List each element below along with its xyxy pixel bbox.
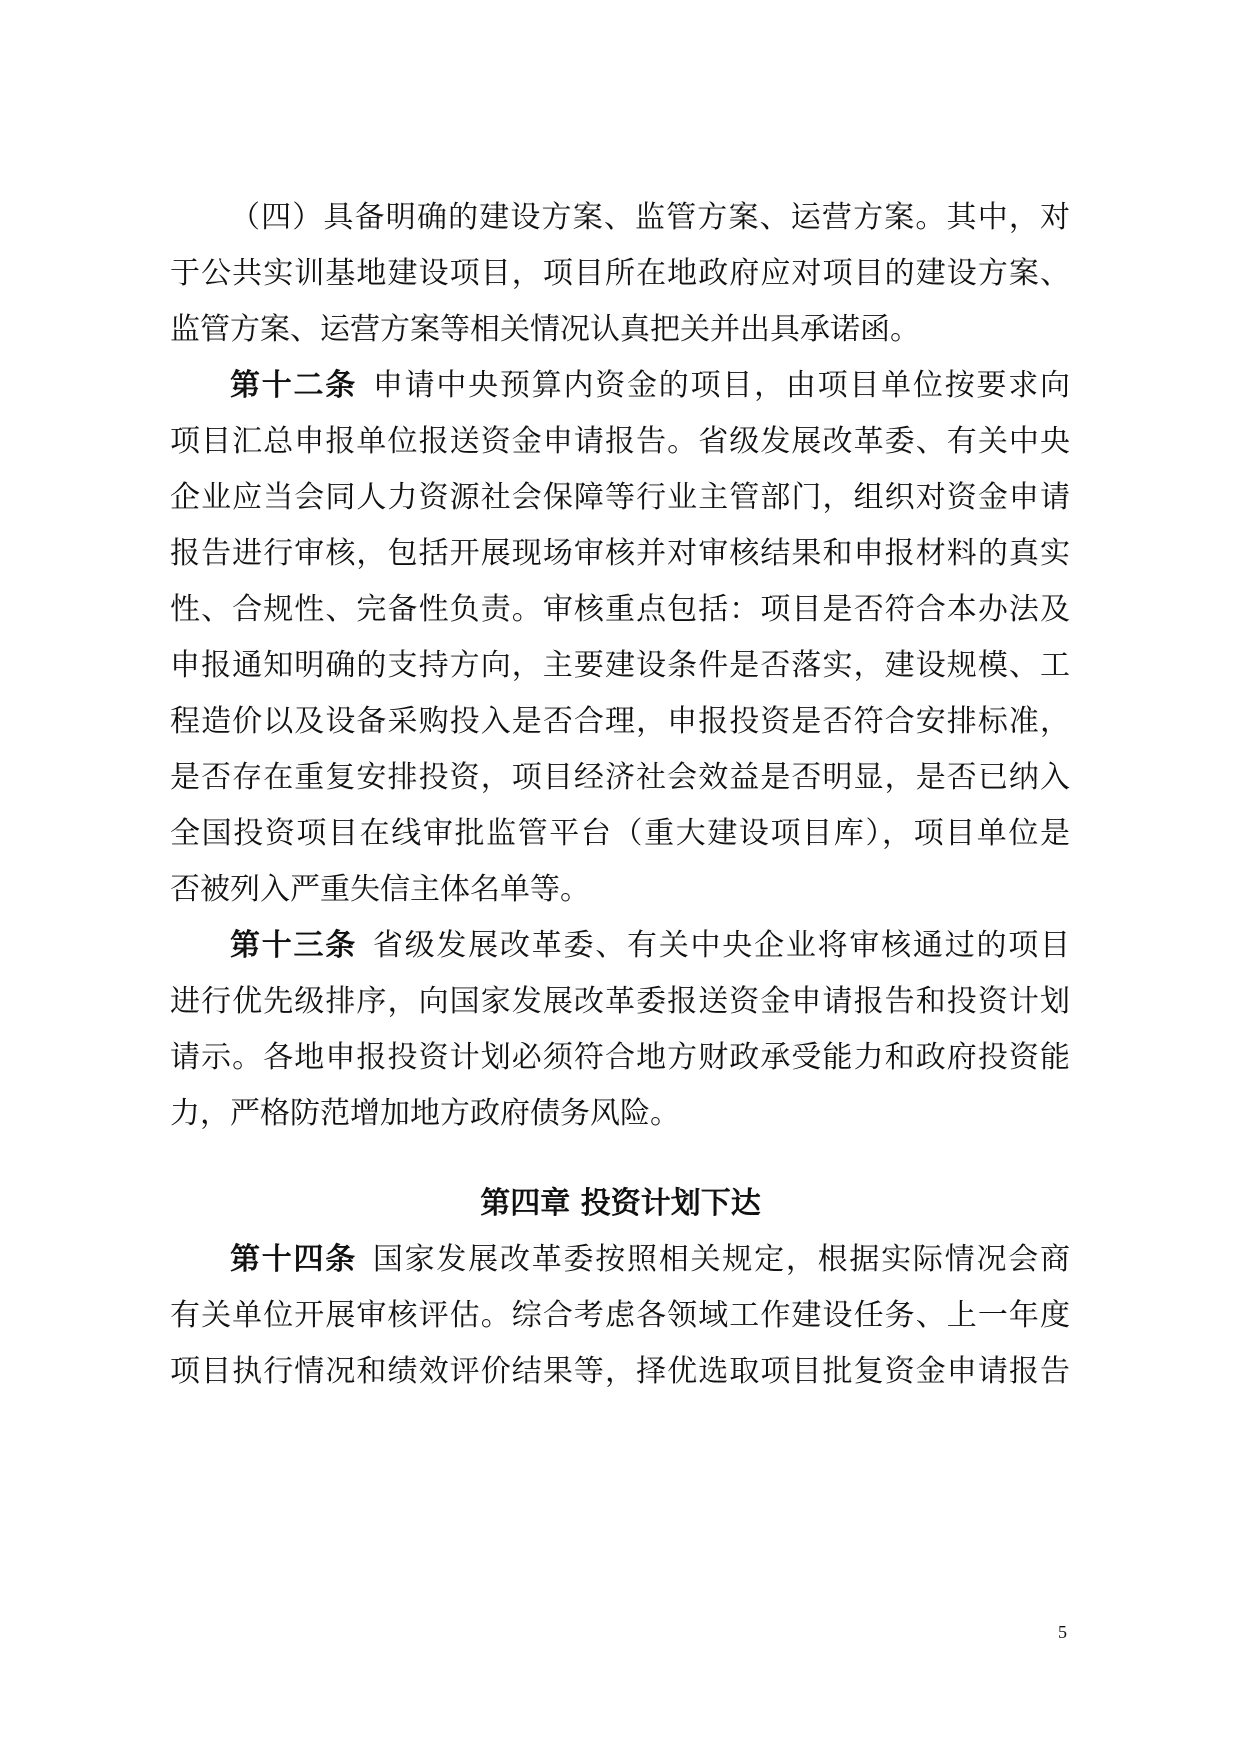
paragraph-line: 于公共实训基地建设项目，项目所在地政府应对项目的建设方案、: [170, 254, 1070, 294]
paragraph-line: 否被列入严重失信主体名单等。: [170, 870, 1070, 910]
page-number: 5: [1058, 1622, 1067, 1643]
article-12-first-line: 第十二条申请中央预算内资金的项目，由项目单位按要求向: [230, 366, 1070, 406]
paragraph-line: 项目执行情况和绩效评价结果等，择优选取项目批复资金申请报告: [170, 1352, 1070, 1392]
paragraph-text: 省级发展改革委、有关中央企业将审核通过的项目: [371, 928, 1070, 963]
paragraph-text: 国家发展改革委按照相关规定，根据实际情况会商: [371, 1242, 1070, 1277]
paragraph-line: 请示。各地申报投资计划必须符合地方财政承受能力和政府投资能: [170, 1038, 1070, 1078]
paragraph-line: 全国投资项目在线审批监管平台（重大建设项目库），项目单位是: [170, 814, 1070, 854]
article-13-first-line: 第十三条省级发展改革委、有关中央企业将审核通过的项目: [230, 926, 1070, 966]
paragraph-text: 申请中央预算内资金的项目，由项目单位按要求向: [371, 368, 1070, 403]
paragraph-line: 程造价以及设备采购投入是否合理，申报投资是否符合安排标准，: [170, 702, 1070, 742]
paragraph-line: （四）具备明确的建设方案、监管方案、运营方案。其中，对: [230, 198, 1070, 238]
paragraph-line: 企业应当会同人力资源社会保障等行业主管部门，组织对资金申请: [170, 478, 1070, 518]
paragraph-line: 性、合规性、完备性负责。审核重点包括：项目是否符合本办法及: [170, 590, 1070, 630]
paragraph-line: 监管方案、运营方案等相关情况认真把关并出具承诺函。: [170, 310, 1070, 350]
article-14-first-line: 第十四条国家发展改革委按照相关规定，根据实际情况会商: [230, 1240, 1070, 1280]
paragraph-line: 进行优先级排序，向国家发展改革委报送资金申请报告和投资计划: [170, 982, 1070, 1022]
article-label: 第十四条: [230, 1242, 357, 1277]
paragraph-line: 项目汇总申报单位报送资金申请报告。省级发展改革委、有关中央: [170, 422, 1070, 462]
paragraph-line: 是否存在重复安排投资，项目经济社会效益是否明显，是否已纳入: [170, 758, 1070, 798]
chapter-heading: 第四章 投资计划下达: [0, 1184, 1241, 1224]
paragraph-line: 报告进行审核，包括开展现场审核并对审核结果和申报材料的真实: [170, 534, 1070, 574]
article-label: 第十二条: [230, 368, 357, 403]
paragraph-line: 力，严格防范增加地方政府债务风险。: [170, 1094, 1070, 1134]
paragraph-line: 有关单位开展审核评估。综合考虑各领域工作建设任务、上一年度: [170, 1296, 1070, 1336]
article-label: 第十三条: [230, 928, 357, 963]
document-page: （四）具备明确的建设方案、监管方案、运营方案。其中，对 于公共实训基地建设项目，…: [0, 0, 1241, 1754]
paragraph-line: 申报通知明确的支持方向，主要建设条件是否落实，建设规模、工: [170, 646, 1070, 686]
